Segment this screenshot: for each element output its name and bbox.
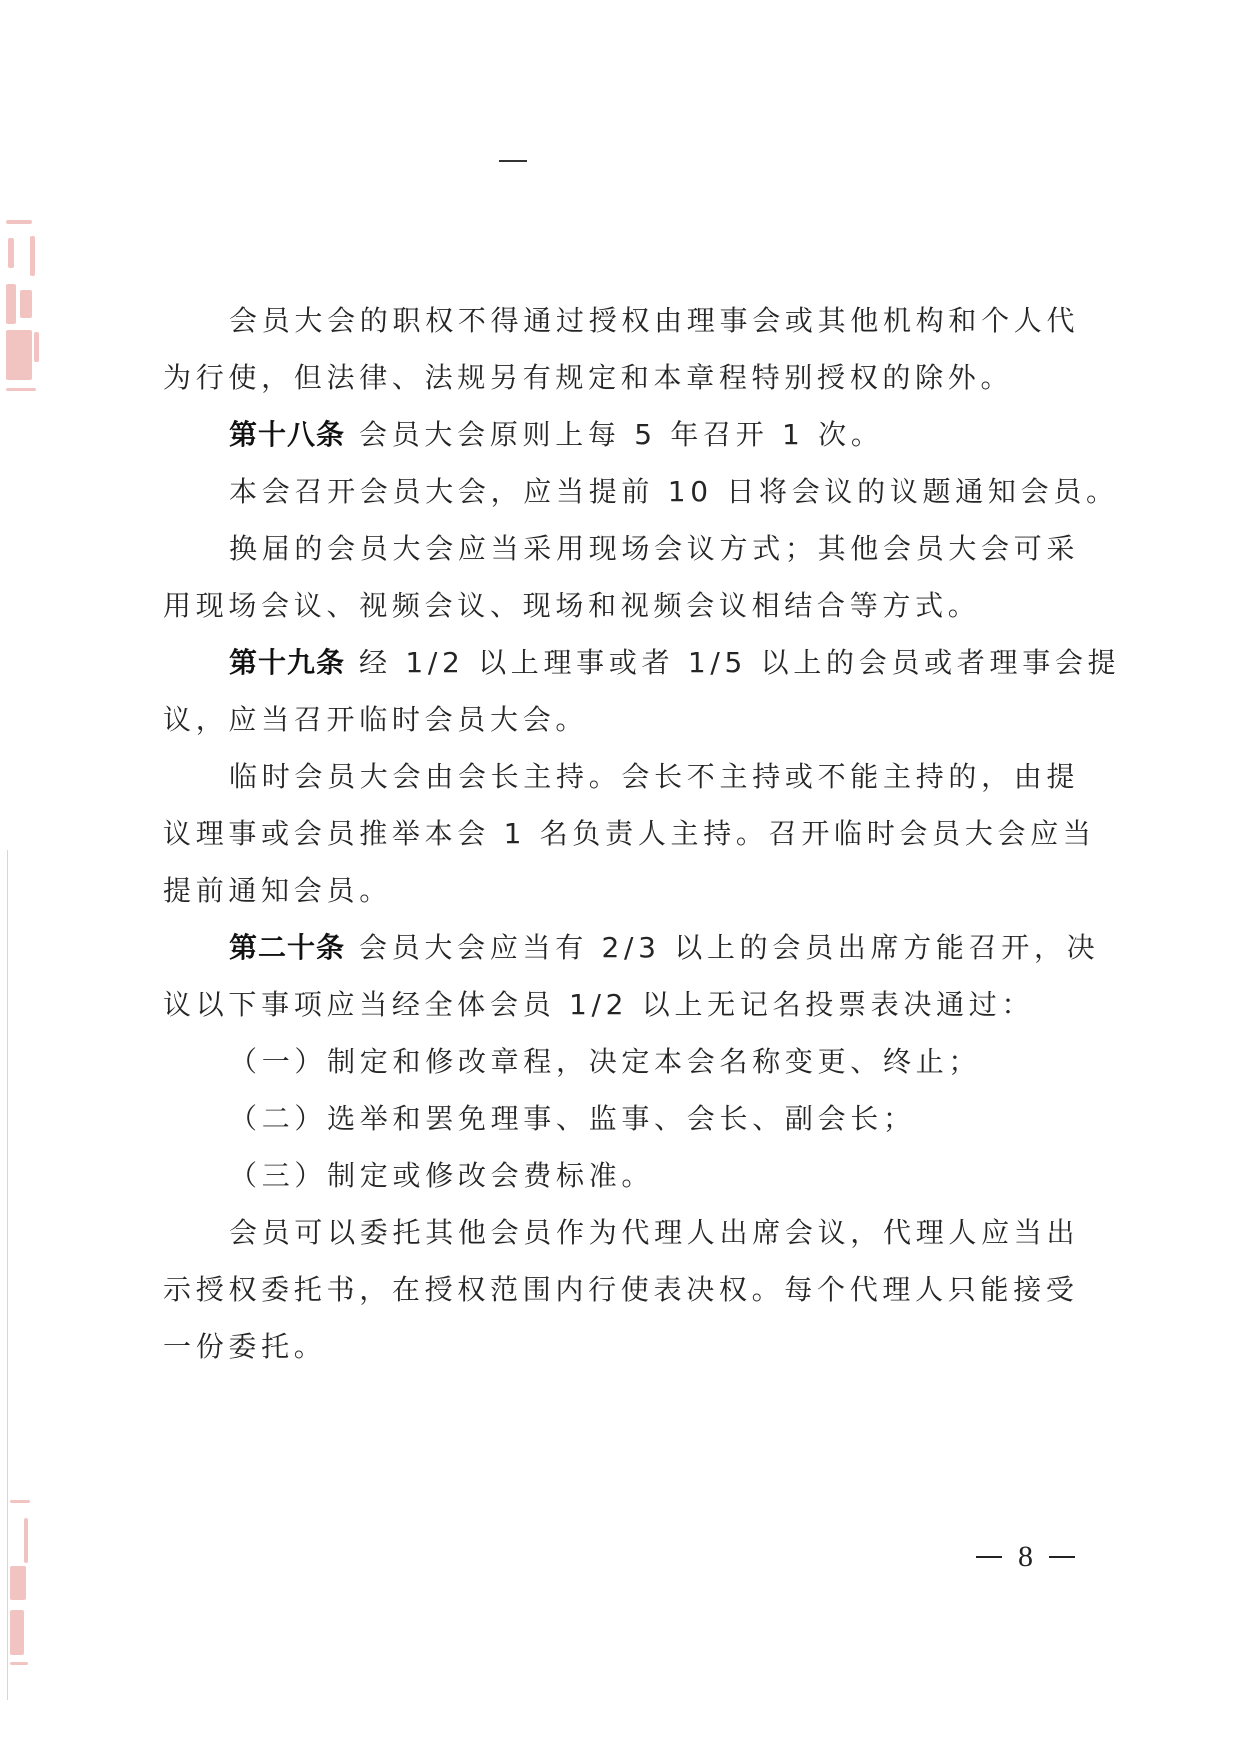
line-text: 临时会员大会由会长主持。会长不主持或不能主持的，由提 — [229, 760, 1079, 793]
text-line: 提前通知会员。 — [163, 862, 1083, 919]
article-heading: 第十九条 — [229, 646, 345, 679]
text-line: 第十九条经 1/2 以上理事或者 1/5 以上的会员或者理事会提 — [163, 634, 1083, 691]
line-text: 议理事或会员推举本会 1 名负责人主持。召开临时会员大会应当 — [163, 817, 1096, 850]
document-page: 会员大会的职权不得通过授权由理事会或其他机构和个人代为行使，但法律、法规另有规定… — [0, 0, 1240, 1753]
line-text: 会员大会的职权不得通过授权由理事会或其他机构和个人代 — [229, 304, 1079, 337]
line-text: 会员大会应当有 2/3 以上的会员出席方能召开，决 — [359, 931, 1099, 964]
text-line: （二）选举和罢免理事、监事、会长、副会长； — [163, 1090, 1083, 1147]
text-line: 第十八条会员大会原则上每 5 年召开 1 次。 — [163, 406, 1083, 463]
line-text: （一）制定和修改章程，决定本会名称变更、终止； — [229, 1045, 981, 1078]
header-dash — [499, 160, 527, 162]
line-text: 会员可以委托其他会员作为代理人出席会议，代理人应当出 — [229, 1216, 1079, 1249]
article-heading: 第十八条 — [229, 418, 345, 451]
text-line: （一）制定和修改章程，决定本会名称变更、终止； — [163, 1033, 1083, 1090]
text-line: 换届的会员大会应当采用现场会议方式；其他会员大会可采 — [163, 520, 1083, 577]
seal-stamp-fragment-top — [2, 220, 42, 395]
line-text: 为行使，但法律、法规另有规定和本章程特别授权的除外。 — [163, 361, 1013, 394]
text-line: 议以下事项应当经全体会员 1/2 以上无记名投票表决通过： — [163, 976, 1083, 1033]
seal-stamp-fragment-bottom — [2, 1500, 42, 1670]
line-text: 议以下事项应当经全体会员 1/2 以上无记名投票表决通过： — [163, 988, 1034, 1021]
text-line: 本会召开会员大会，应当提前 10 日将会议的议题通知会员。 — [163, 463, 1083, 520]
text-line: （三）制定或修改会费标准。 — [163, 1147, 1083, 1204]
article-heading: 第二十条 — [229, 931, 345, 964]
line-text: 提前通知会员。 — [163, 874, 392, 907]
text-line: 示授权委托书，在授权范围内行使表决权。每个代理人只能接受 — [163, 1261, 1083, 1318]
page-number-value: 8 — [1018, 1540, 1033, 1574]
line-text: 示授权委托书，在授权范围内行使表决权。每个代理人只能接受 — [163, 1273, 1079, 1306]
text-line: 议，应当召开临时会员大会。 — [163, 691, 1083, 748]
line-text: （三）制定或修改会费标准。 — [229, 1159, 654, 1192]
line-text: 会员大会原则上每 5 年召开 1 次。 — [359, 418, 884, 451]
line-text: 经 1/2 以上理事或者 1/5 以上的会员或者理事会提 — [359, 646, 1120, 679]
document-body: 会员大会的职权不得通过授权由理事会或其他机构和个人代为行使，但法律、法规另有规定… — [163, 292, 1083, 1375]
text-line: 议理事或会员推举本会 1 名负责人主持。召开临时会员大会应当 — [163, 805, 1083, 862]
line-text: （二）选举和罢免理事、监事、会长、副会长； — [229, 1102, 916, 1135]
page-number-dash-right — [1049, 1556, 1075, 1558]
line-text: 议，应当召开临时会员大会。 — [163, 703, 588, 736]
text-line: 用现场会议、视频会议、现场和视频会议相结合等方式。 — [163, 577, 1083, 634]
line-text: 换届的会员大会应当采用现场会议方式；其他会员大会可采 — [229, 532, 1079, 565]
page-number-dash-left — [976, 1556, 1002, 1558]
text-line: 为行使，但法律、法规另有规定和本章程特别授权的除外。 — [163, 349, 1083, 406]
text-line: 会员大会的职权不得通过授权由理事会或其他机构和个人代 — [163, 292, 1083, 349]
line-text: 一份委托。 — [163, 1330, 327, 1363]
text-line: 第二十条会员大会应当有 2/3 以上的会员出席方能召开，决 — [163, 919, 1083, 976]
page-number: 8 — [976, 1540, 1075, 1574]
text-line: 临时会员大会由会长主持。会长不主持或不能主持的，由提 — [163, 748, 1083, 805]
line-text: 用现场会议、视频会议、现场和视频会议相结合等方式。 — [163, 589, 981, 622]
text-line: 会员可以委托其他会员作为代理人出席会议，代理人应当出 — [163, 1204, 1083, 1261]
text-line: 一份委托。 — [163, 1318, 1083, 1375]
line-text: 本会召开会员大会，应当提前 10 日将会议的议题通知会员。 — [229, 475, 1119, 508]
